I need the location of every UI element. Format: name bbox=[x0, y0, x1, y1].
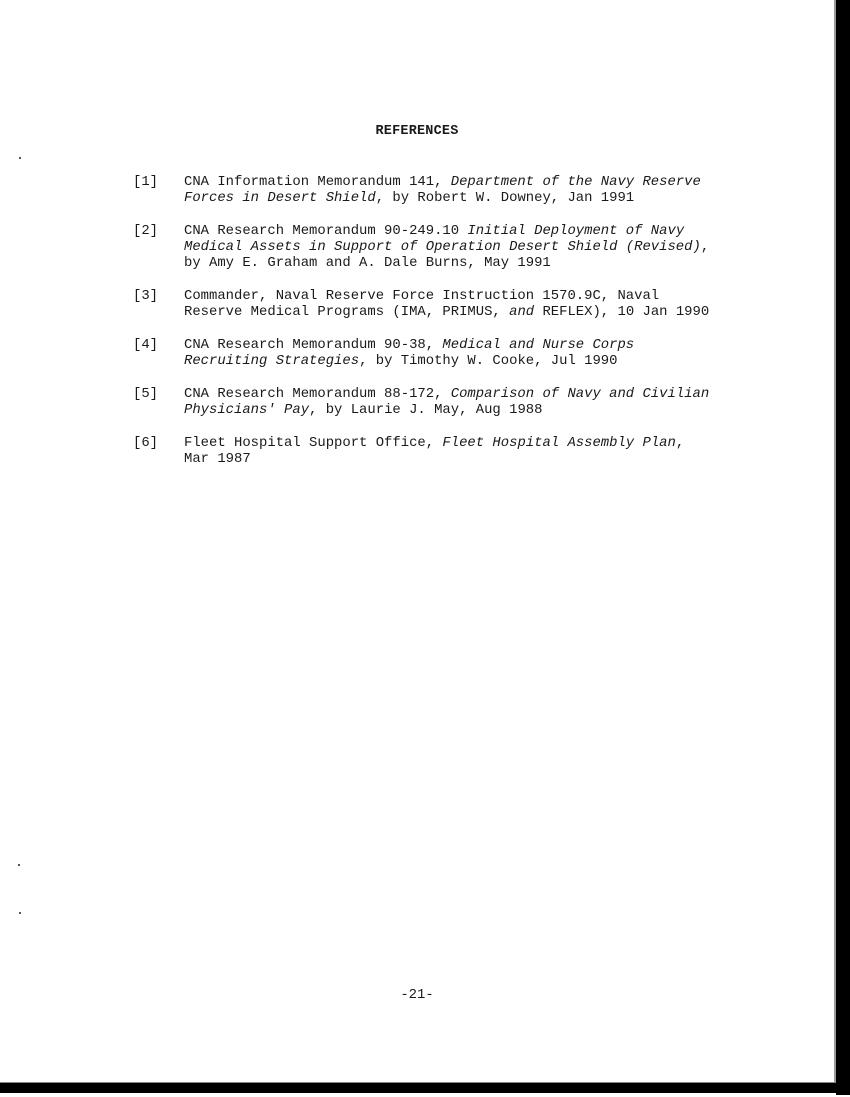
reference-line: CNA Research Memorandum 90-249.10 Initia… bbox=[184, 223, 753, 239]
reference-item: [3]Commander, Naval Reserve Force Instru… bbox=[133, 288, 753, 321]
scan-speck bbox=[18, 864, 20, 866]
reference-title-text: Medical Assets in Support of Operation D… bbox=[184, 239, 701, 255]
reference-title-text: Department of the Navy Reserve bbox=[451, 174, 701, 190]
document-page: REFERENCES [1]CNA Information Memorandum… bbox=[0, 0, 850, 1097]
reference-title-text: and bbox=[509, 304, 534, 320]
reference-title-text: Fleet Hospital Assembly Plan bbox=[442, 435, 675, 451]
scan-border-right bbox=[836, 0, 850, 1095]
reference-line: Medical Assets in Support of Operation D… bbox=[184, 239, 753, 255]
reference-text: CNA Research Memorandum 90-38, bbox=[184, 337, 442, 353]
reference-item: [1]CNA Information Memorandum 141, Depar… bbox=[133, 174, 753, 207]
reference-number: [3] bbox=[133, 288, 158, 304]
reference-title-text: Forces in Desert Shield bbox=[184, 190, 376, 206]
reference-text: Commander, Naval Reserve Force Instructi… bbox=[184, 288, 659, 304]
reference-title-text: Initial Deployment of Navy bbox=[467, 223, 684, 239]
scan-speck bbox=[19, 912, 21, 914]
reference-line: Fleet Hospital Support Office, Fleet Hos… bbox=[184, 435, 753, 451]
reference-line: Mar 1987 bbox=[184, 451, 753, 467]
reference-line: by Amy E. Graham and A. Dale Burns, May … bbox=[184, 255, 753, 271]
reference-line: Commander, Naval Reserve Force Instructi… bbox=[184, 288, 753, 304]
references-heading: REFERENCES bbox=[0, 124, 834, 140]
reference-item: [4]CNA Research Memorandum 90-38, Medica… bbox=[133, 337, 753, 370]
reference-text: , by Timothy W. Cooke, Jul 1990 bbox=[359, 353, 617, 369]
reference-text: Fleet Hospital Support Office, bbox=[184, 435, 442, 451]
reference-line: CNA Research Memorandum 90-38, Medical a… bbox=[184, 337, 753, 353]
reference-text: Mar 1987 bbox=[184, 451, 251, 467]
reference-number: [5] bbox=[133, 386, 158, 402]
reference-text: Reserve Medical Programs (IMA, PRIMUS, bbox=[184, 304, 509, 320]
reference-text: CNA Research Memorandum 88-172, bbox=[184, 386, 451, 402]
reference-text: REFLEX), 10 Jan 1990 bbox=[534, 304, 709, 320]
reference-number: [6] bbox=[133, 435, 158, 451]
reference-line: Reserve Medical Programs (IMA, PRIMUS, a… bbox=[184, 304, 753, 320]
reference-item: [2]CNA Research Memorandum 90-249.10 Ini… bbox=[133, 223, 753, 272]
reference-title-text: Recruiting Strategies bbox=[184, 353, 359, 369]
scan-border-bottom bbox=[0, 1083, 838, 1093]
reference-text: , bbox=[676, 435, 684, 451]
reference-number: [1] bbox=[133, 174, 158, 190]
scan-speck bbox=[19, 157, 21, 159]
reference-item: [6]Fleet Hospital Support Office, Fleet … bbox=[133, 435, 753, 468]
reference-line: Recruiting Strategies, by Timothy W. Coo… bbox=[184, 353, 753, 369]
reference-title-text: Physicians' Pay bbox=[184, 402, 309, 418]
reference-list: [1]CNA Information Memorandum 141, Depar… bbox=[133, 174, 753, 484]
reference-text: CNA Research Memorandum 90-249.10 bbox=[184, 223, 467, 239]
reference-number: [4] bbox=[133, 337, 158, 353]
reference-line: CNA Research Memorandum 88-172, Comparis… bbox=[184, 386, 753, 402]
reference-title-text: Comparison of Navy and Civilian bbox=[451, 386, 709, 402]
reference-text: CNA Information Memorandum 141, bbox=[184, 174, 451, 190]
reference-line: Forces in Desert Shield, by Robert W. Do… bbox=[184, 190, 753, 206]
reference-text: , bbox=[701, 239, 709, 255]
reference-line: Physicians' Pay, by Laurie J. May, Aug 1… bbox=[184, 402, 753, 418]
reference-title-text: Medical and Nurse Corps bbox=[442, 337, 634, 353]
page-number: -21- bbox=[0, 987, 834, 1003]
reference-text: , by Laurie J. May, Aug 1988 bbox=[309, 402, 542, 418]
reference-text: by Amy E. Graham and A. Dale Burns, May … bbox=[184, 255, 551, 271]
reference-item: [5]CNA Research Memorandum 88-172, Compa… bbox=[133, 386, 753, 419]
reference-text: , by Robert W. Downey, Jan 1991 bbox=[376, 190, 634, 206]
reference-number: [2] bbox=[133, 223, 158, 239]
reference-line: CNA Information Memorandum 141, Departme… bbox=[184, 174, 753, 190]
